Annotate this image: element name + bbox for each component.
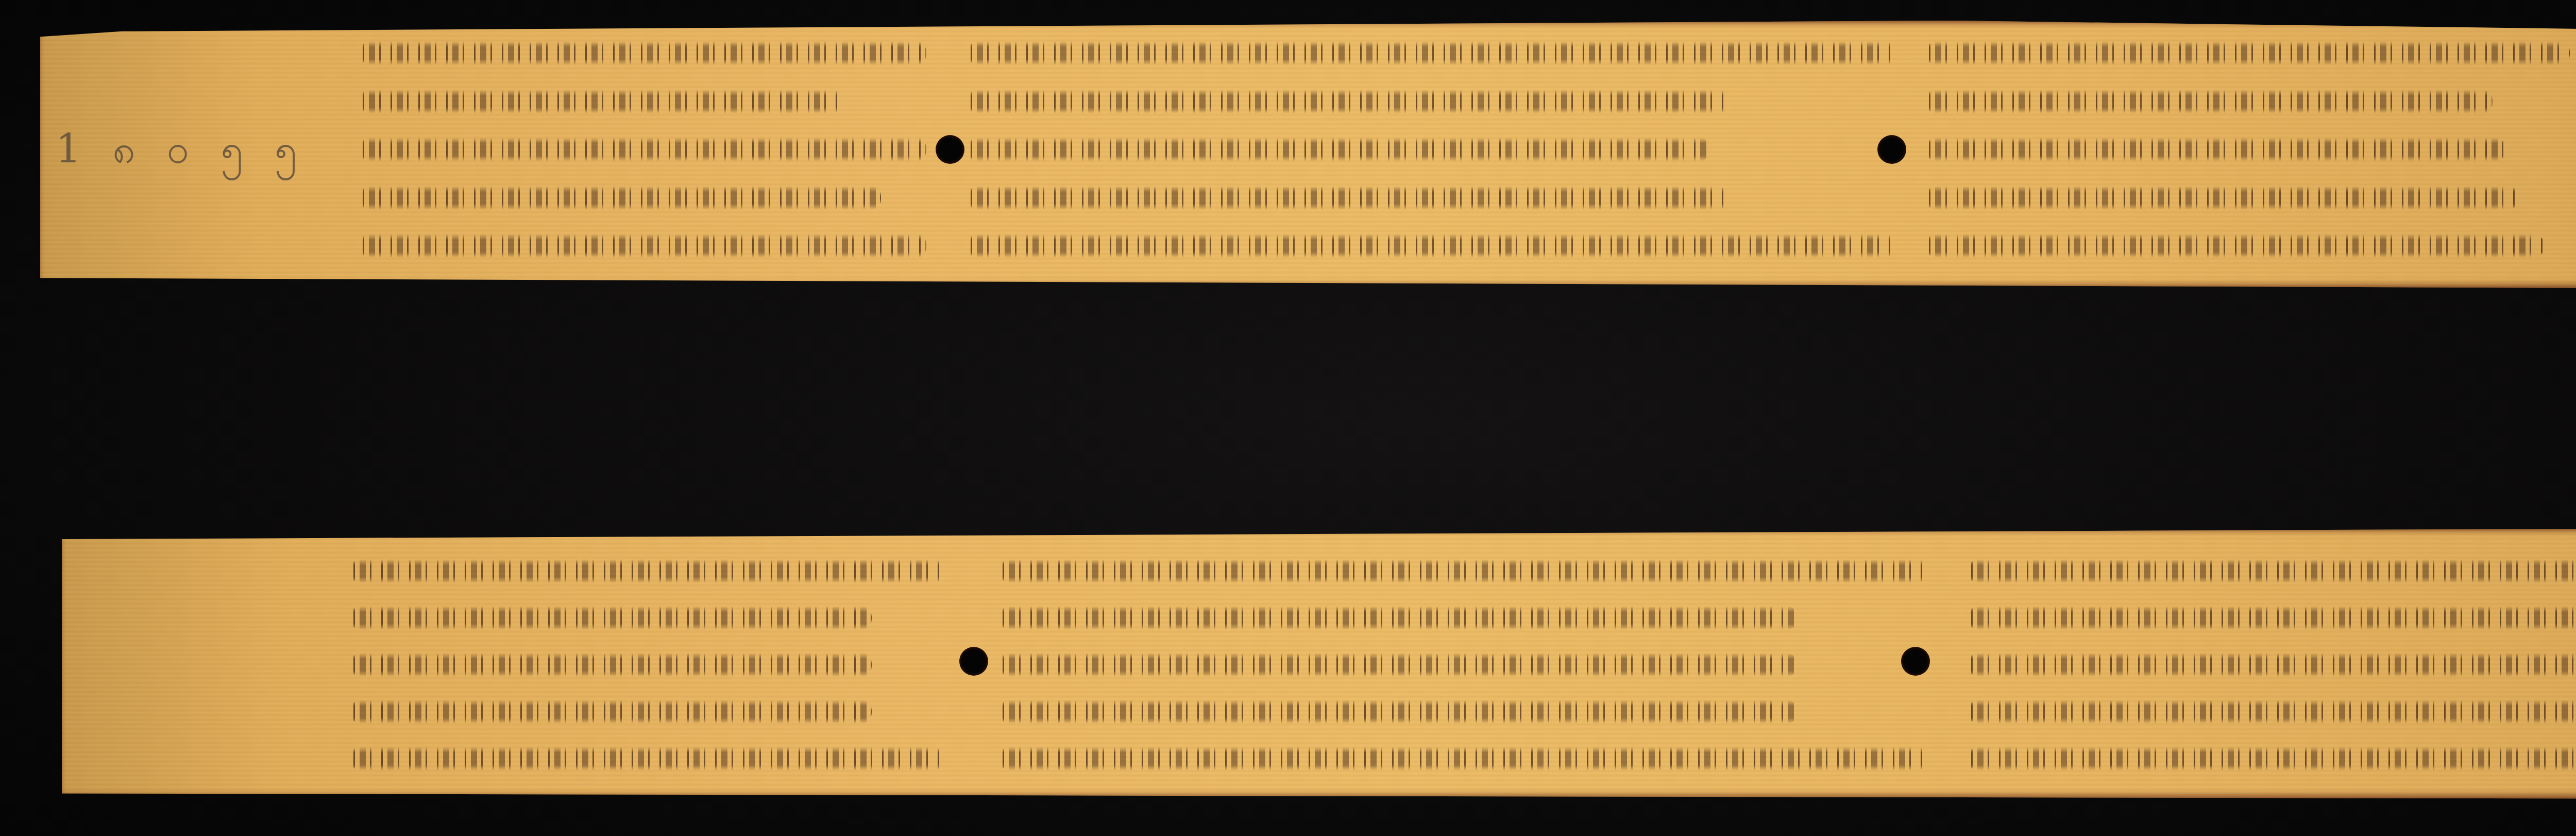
script-line: [1968, 653, 2576, 677]
script-line: [1926, 41, 2570, 65]
text-block-left: [360, 41, 926, 258]
script-line: [968, 41, 1895, 65]
text-block-left: [350, 559, 943, 771]
script-line: [360, 41, 926, 65]
script-line: [1926, 186, 2518, 210]
script-line: [360, 234, 926, 258]
text-block-right: [1968, 559, 2576, 771]
script-line: [968, 186, 1728, 210]
script-line: [999, 747, 1927, 771]
script-line: [360, 138, 926, 161]
script-line: [1968, 747, 2576, 771]
palm-leaf-top: 1 ၈ ၀ ၅ ၅: [40, 21, 2576, 289]
script-line: [350, 700, 872, 724]
script-line: [1968, 606, 2576, 630]
script-line: [968, 234, 1895, 258]
script-line: [1968, 559, 2576, 583]
script-line: [350, 653, 872, 677]
text-block-right: [1926, 41, 2570, 258]
string-hole-right: [1901, 647, 1930, 676]
script-line: [350, 559, 943, 583]
script-line: [360, 90, 841, 113]
script-line: [968, 90, 1728, 113]
string-hole-left: [936, 135, 964, 164]
script-line: [968, 138, 1709, 161]
script-line: [360, 186, 881, 210]
string-hole-left: [959, 647, 988, 676]
palm-leaf-bottom: [62, 528, 2576, 799]
text-block-middle: [968, 41, 1895, 258]
script-line: [1926, 138, 2505, 161]
script-line: [1968, 700, 2576, 724]
string-hole-right: [1877, 135, 1906, 164]
script-line: [999, 559, 1927, 583]
script-line: [350, 747, 943, 771]
script-line: [1926, 234, 2544, 258]
script-line: [999, 700, 1797, 724]
script-line: [1926, 90, 2493, 113]
script-line: [999, 653, 1797, 677]
text-block-middle: [999, 559, 1927, 771]
folio-number: 1 ၈ ၀ ၅ ၅: [56, 124, 307, 183]
script-line: [999, 606, 1797, 630]
script-line: [350, 606, 872, 630]
